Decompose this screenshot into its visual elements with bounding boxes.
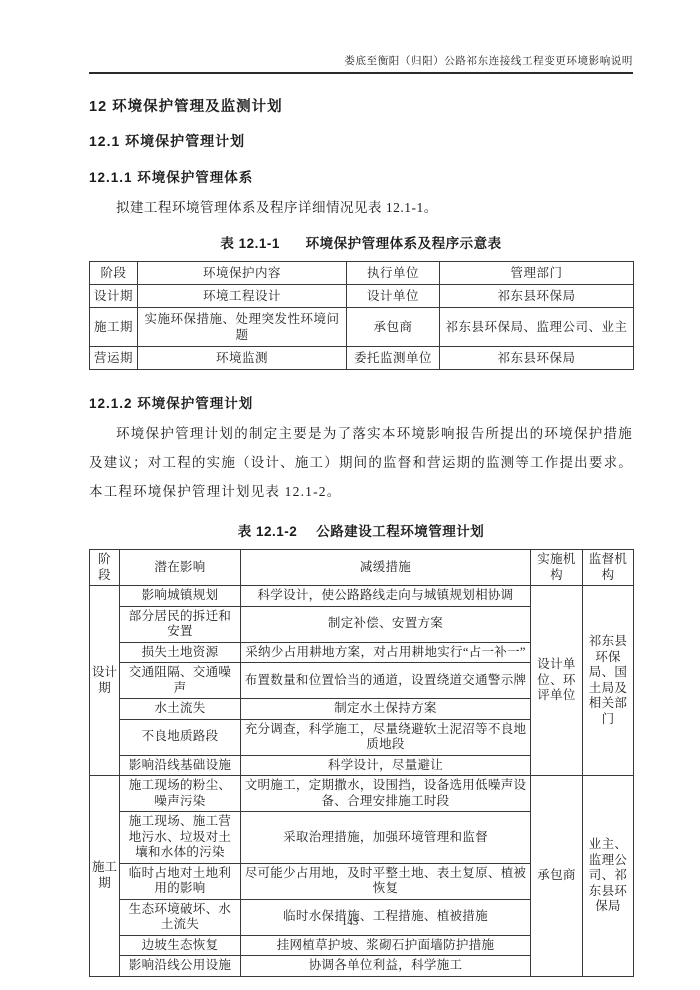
t2-impact-cell: 影响沿线公用设施 xyxy=(120,956,241,977)
t2-impact-cell: 不良地质路段 xyxy=(120,719,241,755)
table1-row-operation: 营运期 环境监测 委托监测单位 祁东县环保局 xyxy=(90,347,634,370)
section-heading-12: 12 环境保护管理及监测计划 xyxy=(89,95,633,116)
table2-header-cell: 监督机构 xyxy=(583,550,634,586)
table2-header-cell: 阶段 xyxy=(90,550,120,586)
t2-implementer-cell-construction: 承包商 xyxy=(531,776,583,977)
table-12-1-1: 阶段 环境保护内容 执行单位 管理部门 设计期 环境工程设计 设计单位 祁东县环… xyxy=(89,261,634,370)
t2-measure-cell: 采取治理措施，加强环境管理和监督 xyxy=(241,812,531,864)
table1-caption-title: 环境保护管理体系及程序示意表 xyxy=(306,236,502,251)
table1-cell: 委托监测单位 xyxy=(347,347,440,370)
t2-measure-cell: 采纳少占用耕地方案，对占用耕地实行“占一补一” xyxy=(241,642,531,663)
section-heading-12-1-2: 12.1.2 环境保护管理计划 xyxy=(89,392,633,412)
document-page: 娄底至衡阳（归阳）公路祁东连接线工程变更环境影响说明 12 环境保护管理及监测计… xyxy=(0,0,700,990)
table1-row-design: 设计期 环境工程设计 设计单位 祁东县环保局 xyxy=(90,285,634,308)
table1-cell: 环境工程设计 xyxy=(138,285,347,308)
table1-cell: 施工期 xyxy=(90,308,138,347)
table-12-1-2: 阶段 潜在影响 减缓措施 实施机构 监督机构 设计期 影响城镇规划 科学设计，使… xyxy=(89,549,634,977)
section-heading-12-1: 12.1 环境保护管理计划 xyxy=(89,131,633,151)
t2-supervisor-cell-design: 祁东县环保局、国土局及相关部门 xyxy=(583,586,634,776)
t2-implementer-cell-design: 设计单位、环评单位 xyxy=(531,586,583,776)
table1-cell: 营运期 xyxy=(90,347,138,370)
table1-cell: 环境监测 xyxy=(138,347,347,370)
t2-measure-cell: 文明施工，定期撒水，设围挡，设备选用低噪声设备、合理安排施工时段 xyxy=(241,776,531,812)
table2-caption-title: 公路建设工程环境管理计划 xyxy=(316,524,484,539)
t2-impact-cell: 交通阻隔、交通噪声 xyxy=(120,663,241,699)
t2-measure-cell: 布置数量和位置恰当的通道，设置绕道交通警示牌 xyxy=(241,663,531,699)
table1-cell: 设计期 xyxy=(90,285,138,308)
t2-measure-cell: 尽可能少占用地，及时平整土地、表土复原、植被恢复 xyxy=(241,863,531,899)
page-number: 143 xyxy=(0,916,700,928)
t2-measure-cell: 科学设计，尽量避让 xyxy=(241,755,531,776)
t2-measure-cell: 挂网植草护坡、浆砌石护面墙防护措施 xyxy=(241,935,531,956)
table1-caption: 表 12.1-1环境保护管理体系及程序示意表 xyxy=(89,232,633,252)
t2-impact-cell: 临时占地对土地利用的影响 xyxy=(120,863,241,899)
table1-cell: 祁东县环保局 xyxy=(440,347,634,370)
table2-caption: 表 12.1-2公路建设工程环境管理计划 xyxy=(89,520,633,540)
t2-impact-cell: 影响城镇规划 xyxy=(120,586,241,607)
table2-header-row: 阶段 潜在影响 减缓措施 实施机构 监督机构 xyxy=(90,550,634,586)
table2-header-cell: 实施机构 xyxy=(531,550,583,586)
t2-stage-cell-construction: 施工期 xyxy=(90,776,120,977)
table2-header-cell: 减缓措施 xyxy=(241,550,531,586)
t2-impact-cell: 施工现场、施工营地污水、垃圾对土壤和水体的污染 xyxy=(120,812,241,864)
table1-caption-label: 表 12.1-1 xyxy=(220,236,280,251)
table1-cell: 祁东县环保局、监理公司、业主 xyxy=(440,308,634,347)
table2-row: 设计期 影响城镇规划 科学设计，使公路路线走向与城镇规划相协调 设计单位、环评单… xyxy=(90,586,634,607)
paragraph-management-plan: 环境保护管理计划的制定主要是为了落实本环境影响报告所提出的环境保护措施及建议；对… xyxy=(89,419,633,506)
section-heading-12-1-1: 12.1.1 环境保护管理体系 xyxy=(89,166,633,186)
table1-cell: 祁东县环保局 xyxy=(440,285,634,308)
running-header: 娄底至衡阳（归阳）公路祁东连接线工程变更环境影响说明 xyxy=(89,55,633,69)
t2-stage-cell-design: 设计期 xyxy=(90,586,120,776)
t2-impact-cell: 水土流失 xyxy=(120,699,241,720)
table1-header-cell: 环境保护内容 xyxy=(138,262,347,285)
t2-impact-cell: 部分居民的拆迁和安置 xyxy=(120,606,241,642)
table1-header-row: 阶段 环境保护内容 执行单位 管理部门 xyxy=(90,262,634,285)
t2-measure-cell: 制定水土保持方案 xyxy=(241,699,531,720)
table1-row-construction: 施工期 实施环保措施、处理突发性环境问题 承包商 祁东县环保局、监理公司、业主 xyxy=(90,308,634,347)
table1-cell: 实施环保措施、处理突发性环境问题 xyxy=(138,308,347,347)
t2-measure-cell: 充分调查，科学施工，尽量绕避软土泥沼等不良地质地段 xyxy=(241,719,531,755)
table1-cell: 设计单位 xyxy=(347,285,440,308)
t2-measure-cell: 制定补偿、安置方案 xyxy=(241,606,531,642)
t2-measure-cell: 协调各单位利益，科学施工 xyxy=(241,956,531,977)
t2-impact-cell: 边坡生态恢复 xyxy=(120,935,241,956)
table1-header-cell: 管理部门 xyxy=(440,262,634,285)
t2-impact-cell: 影响沿线基础设施 xyxy=(120,755,241,776)
paragraph-table1-intro: 拟建工程环境管理体系及程序详细情况见表 12.1-1。 xyxy=(89,198,633,218)
table1-header-cell: 执行单位 xyxy=(347,262,440,285)
t2-impact-cell: 损失土地资源 xyxy=(120,642,241,663)
table1-header-cell: 阶段 xyxy=(90,262,138,285)
header-rule xyxy=(89,72,633,74)
table2-caption-label: 表 12.1-2 xyxy=(238,524,298,539)
table2-row: 施工期 施工现场的粉尘、噪声污染 文明施工，定期撒水，设围挡，设备选用低噪声设备… xyxy=(90,776,634,812)
table2-header-cell: 潜在影响 xyxy=(120,550,241,586)
t2-supervisor-cell-construction: 业主、监理公司、祁东县环保局 xyxy=(583,776,634,977)
t2-measure-cell: 科学设计，使公路路线走向与城镇规划相协调 xyxy=(241,586,531,607)
t2-impact-cell: 施工现场的粉尘、噪声污染 xyxy=(120,776,241,812)
table1-cell: 承包商 xyxy=(347,308,440,347)
